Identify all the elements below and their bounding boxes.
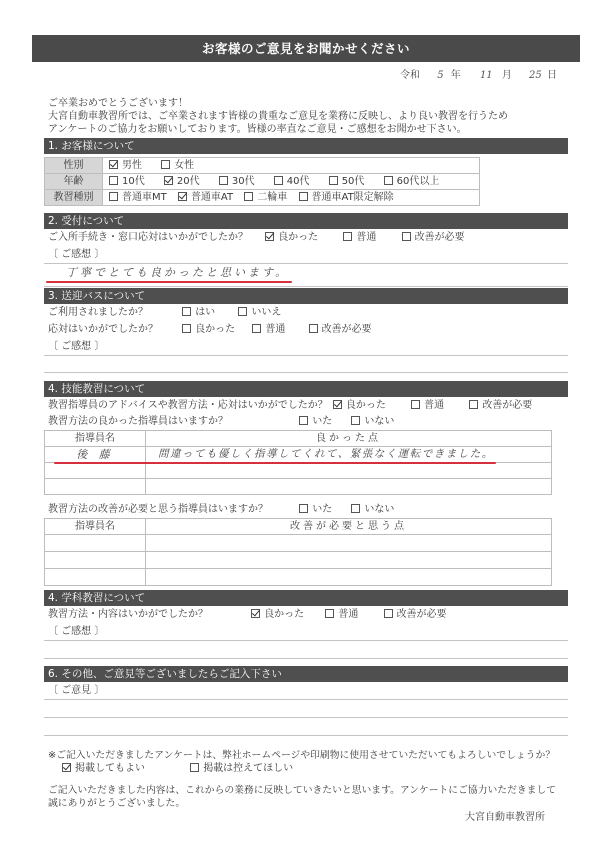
reception-average[interactable]: 普通: [343, 232, 376, 244]
improvement-points-cell[interactable]: [146, 535, 552, 552]
checkbox-icon[interactable]: [182, 307, 191, 316]
section-2-heading: 2. 受付について: [44, 213, 568, 229]
good-instructor-yes[interactable]: いた: [299, 416, 332, 428]
bus-usage-row: ご利用されましたか？ はい いいえ: [48, 307, 303, 319]
course-type-label: 教習種別: [45, 190, 103, 206]
good-instructor-question: 教習方法の良かった指導員はいますか？: [48, 416, 296, 428]
divider: [44, 735, 568, 736]
checkbox-icon[interactable]: [469, 400, 478, 409]
instructor-name-cell[interactable]: [45, 569, 146, 586]
good-points-cell[interactable]: [146, 463, 552, 479]
instructor-name-cell[interactable]: 後 藤: [45, 447, 146, 463]
instructor-name-cell[interactable]: [45, 463, 146, 479]
checkbox-icon[interactable]: [351, 504, 360, 513]
column-header-improvement-points: 改善が必要と思う点: [146, 519, 552, 535]
form-title: お客様のご意見をお聞かせください: [32, 35, 580, 62]
academic-average[interactable]: 普通: [325, 609, 358, 621]
table-row: [45, 569, 552, 586]
customer-info-table: 性別 男性 女性 年齢 10代 20代 30代 40代 50代 60代以上 教習…: [44, 157, 480, 206]
gender-label: 性別: [45, 158, 103, 174]
era-label: 令和: [400, 70, 420, 82]
checkbox-icon[interactable]: [402, 232, 411, 241]
checkbox-icon[interactable]: [325, 609, 334, 618]
table-row: [45, 479, 552, 495]
divider: [44, 263, 568, 264]
consent-decline[interactable]: 掲載は控えてほしい: [190, 763, 293, 775]
bus-comment-label: 〔 ご感想 〕: [48, 341, 104, 353]
year-value[interactable]: 5: [437, 70, 443, 82]
closing-line-1: ご記入いただきました内容は、これからの業務に反映していきたいと思います。アンケー…: [48, 784, 556, 797]
improve-instructor-row: 教習方法の改善が必要と思う指導員はいますか？ いた いない: [48, 504, 416, 516]
table-header-row: 指導員名 改善が必要と思う点: [45, 519, 552, 535]
table-row: [45, 535, 552, 552]
divider: [44, 699, 568, 700]
instructor-name-cell[interactable]: [45, 552, 146, 569]
checkbox-icon[interactable]: [219, 176, 228, 185]
day-value[interactable]: 25: [529, 70, 542, 82]
instructor-advice-needs-improvement[interactable]: 改善が必要: [469, 400, 532, 412]
reception-good[interactable]: 良かった: [265, 232, 318, 244]
checkbox-checked-icon[interactable]: [265, 232, 274, 241]
academic-comment-label: 〔 ご感想 〕: [48, 626, 104, 638]
table-header-row: 指導員名 良かった点: [45, 431, 552, 447]
option-standard-mt[interactable]: 普通車MT: [109, 192, 167, 204]
reception-needs-improvement[interactable]: 改善が必要: [402, 232, 465, 244]
column-header-instructor: 指導員名: [45, 431, 146, 447]
option-motorcycle[interactable]: 二輪車: [244, 192, 287, 204]
gender-row: 性別 男性 女性: [45, 158, 480, 174]
checkbox-checked-icon[interactable]: [251, 609, 260, 618]
red-underline: [54, 462, 496, 464]
option-male[interactable]: 男性: [109, 160, 142, 172]
checkbox-icon[interactable]: [252, 324, 261, 333]
age-options: 10代 20代 30代 40代 50代 60代以上: [103, 174, 480, 190]
academic-question-row: 教習方法・内容はいかがでしたか？ 良かった 普通 改善が必要: [48, 609, 469, 621]
checkbox-icon[interactable]: [351, 416, 360, 425]
option-20s[interactable]: 20代: [164, 176, 200, 188]
option-60s-plus[interactable]: 60代以上: [384, 176, 440, 188]
reception-question: ご入所手続き・窓口応対はいかがでしたか？: [48, 232, 248, 243]
divider: [44, 640, 568, 641]
good-points-cell[interactable]: 間違っても優しく指導してくれて、緊張なく運転できました。: [146, 447, 552, 463]
academic-question: 教習方法・内容はいかがでしたか？: [48, 609, 248, 621]
divider: [44, 372, 568, 373]
column-header-instructor: 指導員名: [45, 519, 146, 535]
checkbox-icon[interactable]: [182, 324, 191, 333]
good-points-cell[interactable]: [146, 479, 552, 495]
bus-usage-question: ご利用されましたか？: [48, 307, 179, 319]
closing-text: ご記入いただきました内容は、これからの業務に反映していきたいと思います。アンケー…: [48, 784, 556, 810]
instructor-advice-row: 教習指導員のアドバイスや教習方法・応対はいかがでしたか？ 良かった 普通 改善が…: [48, 400, 554, 412]
instructor-advice-good[interactable]: 良かった: [333, 400, 386, 412]
gender-options: 男性 女性: [103, 158, 480, 174]
reception-comment-label: 〔 ご感想 〕: [48, 249, 104, 261]
table-row: [45, 463, 552, 479]
divider: [44, 658, 568, 659]
checkbox-checked-icon[interactable]: [333, 400, 342, 409]
bus-usage-no[interactable]: いいえ: [238, 307, 281, 319]
year-label: 年: [451, 70, 461, 82]
instructor-name-cell[interactable]: [45, 535, 146, 552]
checkbox-icon[interactable]: [343, 232, 352, 241]
checkbox-icon[interactable]: [329, 176, 338, 185]
month-value[interactable]: 11: [480, 70, 493, 82]
academic-needs-improvement[interactable]: 改善が必要: [384, 609, 447, 621]
checkbox-icon[interactable]: [109, 176, 118, 185]
checkbox-checked-icon[interactable]: [178, 192, 187, 201]
checkbox-icon[interactable]: [299, 416, 308, 425]
bus-service-good[interactable]: 良かった: [182, 324, 235, 336]
improve-instructor-no[interactable]: いない: [351, 504, 394, 516]
option-at-limit-removal[interactable]: 普通車AT限定解除: [299, 192, 394, 204]
section-1-heading: 1. お客様について: [44, 138, 568, 154]
section-5-heading: 4. 学科教習について: [44, 590, 568, 606]
intro-line-2: 大宮自動車教習所では、ご卒業されます皆様の貴重なご意見を業務に反映し、より良い教…: [48, 110, 578, 123]
checkbox-icon[interactable]: [299, 192, 308, 201]
checkbox-checked-icon[interactable]: [109, 160, 118, 169]
reception-question-row: ご入所手続き・窓口応対はいかがでしたか？ 良かった 普通 改善が必要: [48, 232, 487, 244]
option-standard-at[interactable]: 普通車AT: [178, 192, 233, 204]
age-label: 年齢: [45, 174, 103, 190]
reception-comment-text[interactable]: 丁寧でとても良かったと思います。: [66, 266, 289, 279]
option-10s[interactable]: 10代: [109, 176, 145, 188]
course-type-options: 普通車MT 普通車AT 二輪車 普通車AT限定解除: [103, 190, 480, 206]
option-female[interactable]: 女性: [161, 160, 194, 172]
bus-service-average[interactable]: 普通: [252, 324, 285, 336]
improve-instructor-yes[interactable]: いた: [299, 504, 332, 516]
bus-service-question: 応対はいかがでしたか？: [48, 324, 179, 336]
consent-allow[interactable]: 掲載してもよい: [62, 763, 145, 775]
checkbox-icon[interactable]: [274, 176, 283, 185]
consent-options: 掲載してもよい 掲載は控えてほしい: [62, 763, 315, 775]
month-label: 月: [502, 70, 512, 82]
section-3-heading: 3. 送迎バスについて: [44, 288, 568, 304]
checkbox-icon[interactable]: [309, 324, 318, 333]
divider: [44, 286, 568, 287]
checkbox-icon[interactable]: [411, 400, 420, 409]
red-underline: [46, 281, 292, 283]
option-30s[interactable]: 30代: [219, 176, 255, 188]
intro-line-1: ご卒業おめでとうございます！: [48, 97, 578, 110]
table-row: 後 藤 間違っても優しく指導してくれて、緊張なく運転できました。: [45, 447, 552, 463]
section-4-heading: 4. 技能教習について: [44, 381, 568, 397]
improvement-points-cell[interactable]: [146, 569, 552, 586]
checkbox-icon[interactable]: [238, 307, 247, 316]
checkbox-icon[interactable]: [384, 609, 393, 618]
checkbox-icon[interactable]: [109, 192, 118, 201]
checkbox-icon[interactable]: [244, 192, 253, 201]
checkbox-icon[interactable]: [384, 176, 393, 185]
bus-usage-yes[interactable]: はい: [182, 307, 215, 319]
improvement-points-cell[interactable]: [146, 552, 552, 569]
consent-question: ※ご記入いただきましたアンケートは、弊社ホームページや印刷物に使用させていただい…: [48, 749, 555, 762]
instructor-advice-average[interactable]: 普通: [411, 400, 444, 412]
bus-service-needs-improvement[interactable]: 改善が必要: [309, 324, 372, 336]
age-row: 年齢 10代 20代 30代 40代 50代 60代以上: [45, 174, 480, 190]
table-row: [45, 552, 552, 569]
option-50s[interactable]: 50代: [329, 176, 365, 188]
section-6-heading: 6. その他、ご意見等ございましたらご記入下さい: [44, 666, 568, 682]
column-header-good-points: 良かった点: [146, 431, 552, 447]
checkbox-checked-icon[interactable]: [164, 176, 173, 185]
checkbox-icon[interactable]: [299, 504, 308, 513]
closing-line-2: 誠にありがとうございました。: [48, 797, 556, 810]
intro-text: ご卒業おめでとうございます！ 大宮自動車教習所では、ご卒業されます皆様の貴重なご…: [48, 97, 578, 136]
option-40s[interactable]: 40代: [274, 176, 310, 188]
instructor-name-cell[interactable]: [45, 479, 146, 495]
instructor-advice-question: 教習指導員のアドバイスや教習方法・応対はいかがでしたか？: [48, 400, 328, 411]
good-instructor-no[interactable]: いない: [351, 416, 394, 428]
checkbox-checked-icon[interactable]: [62, 763, 71, 772]
improve-instructor-table: 指導員名 改善が必要と思う点: [44, 518, 552, 586]
day-label: 日: [547, 70, 557, 82]
improve-instructor-question: 教習方法の改善が必要と思う指導員はいますか？: [48, 504, 296, 516]
divider: [44, 717, 568, 718]
divider: [44, 355, 568, 356]
bus-service-row: 応対はいかがでしたか？ 良かった 普通 改善が必要: [48, 324, 394, 336]
intro-line-3: アンケートのご協力をお願いしております。皆様の率直なご意見・ご感想をお聞かせ下さ…: [48, 123, 578, 136]
good-instructor-row: 教習方法の良かった指導員はいますか？ いた いない: [48, 416, 416, 428]
checkbox-icon[interactable]: [190, 763, 199, 772]
date-row: 令和 5 年 11 月 25 日: [400, 70, 570, 82]
other-comment-label: 〔 ご意見 〕: [48, 685, 104, 697]
academic-good[interactable]: 良かった: [251, 609, 304, 621]
school-signature: 大宮自動車教習所: [465, 812, 545, 824]
course-type-row: 教習種別 普通車MT 普通車AT 二輪車 普通車AT限定解除: [45, 190, 480, 206]
checkbox-icon[interactable]: [161, 160, 170, 169]
